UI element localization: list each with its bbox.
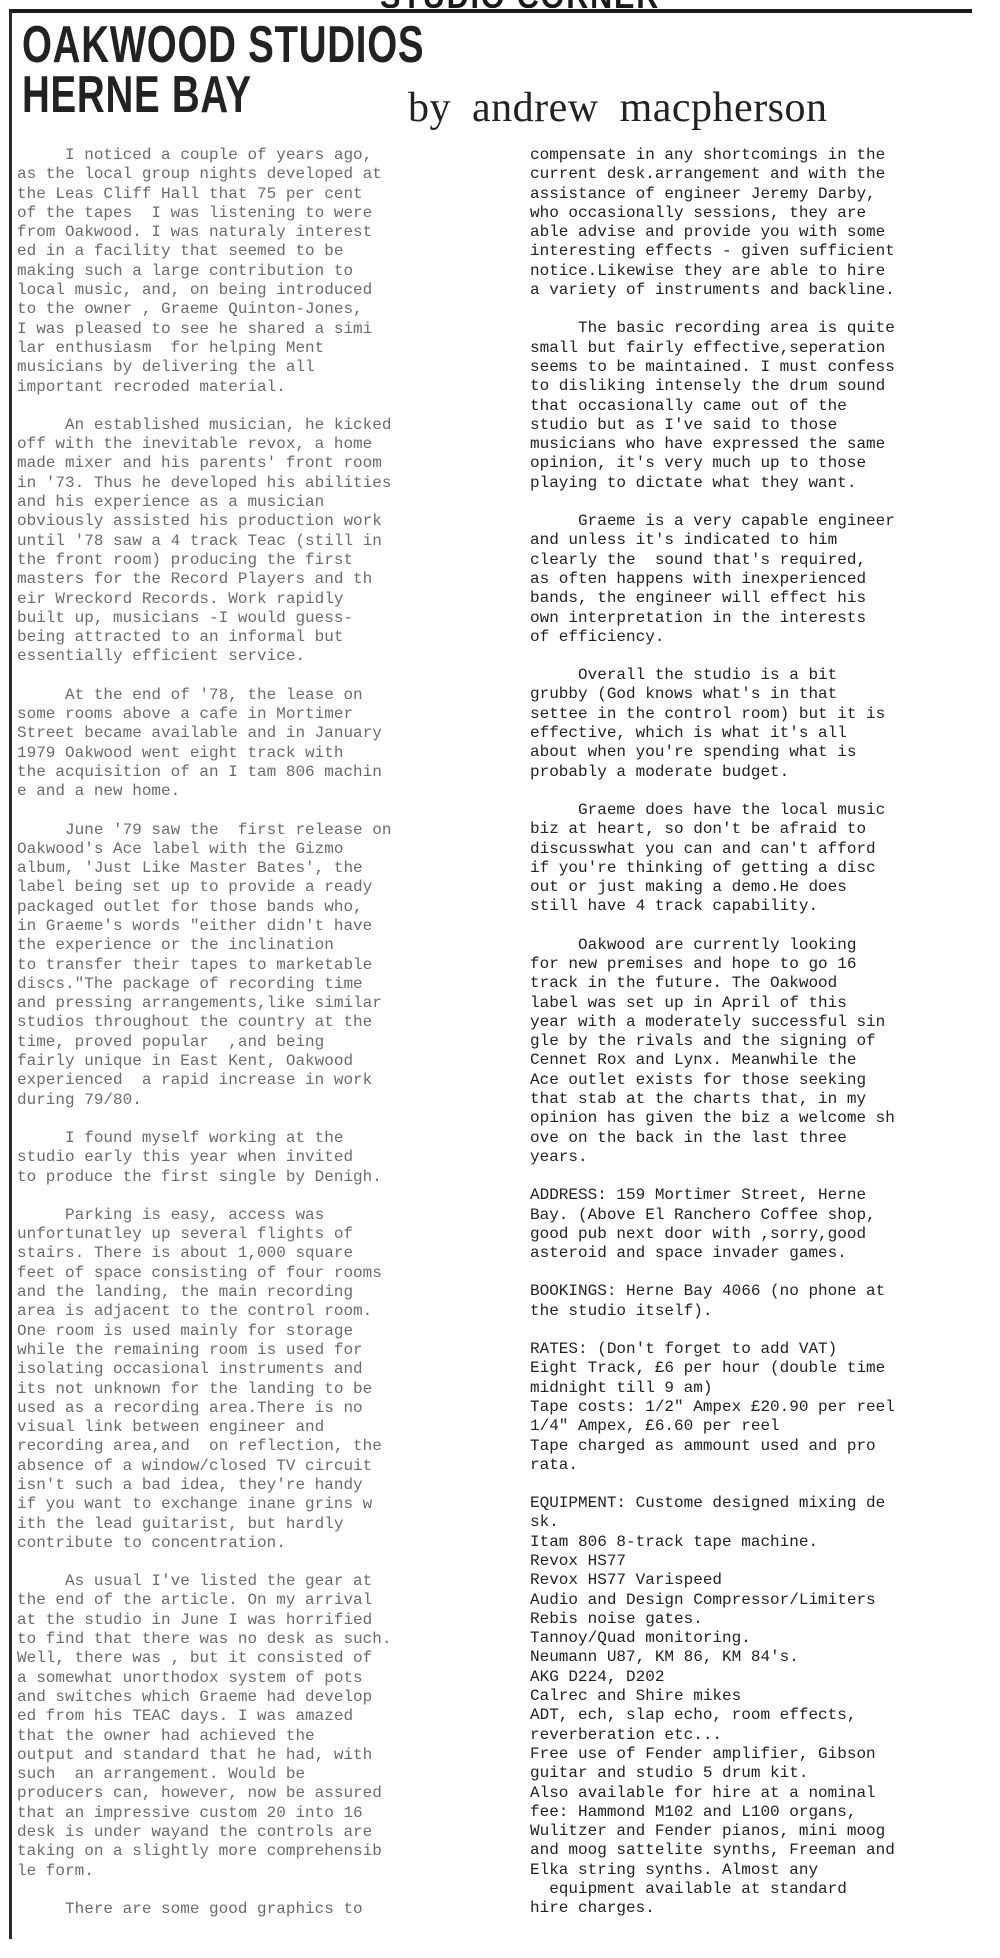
text-line: who occasionally sessions, they are xyxy=(530,204,990,223)
text-line: opinion, it's very much up to those xyxy=(530,454,990,473)
left-paragraph: There are some good graphics to xyxy=(17,1900,487,1919)
text-line: Graeme does have the local music xyxy=(530,801,990,820)
text-line: to disliking intensely the drum sound xyxy=(530,377,990,396)
text-line: important recroded material. xyxy=(17,378,487,397)
text-line: effective, which is what it's all xyxy=(530,724,990,743)
text-line: discusswhat you can and can't afford xyxy=(530,840,990,859)
text-line: Tape costs: 1/2" Ampex £20.90 per reel xyxy=(530,1398,990,1417)
text-line: rata. xyxy=(530,1456,990,1475)
text-line: being attracted to an informal but xyxy=(17,628,487,647)
text-line: until '78 saw a 4 track Teac (still in xyxy=(17,532,487,551)
right-paragraph: EQUIPMENT: Custome designed mixing desk.… xyxy=(530,1494,990,1919)
article-headline: OAKWOOD STUDIOS HERNE BAY xyxy=(22,20,424,120)
text-line: local music, and, on being introduced xyxy=(17,281,487,300)
text-line: opinion has given the biz a welcome sh xyxy=(530,1109,990,1128)
text-line: asteroid and space invader games. xyxy=(530,1244,990,1263)
text-line: absence of a window/closed TV circuit xyxy=(17,1457,487,1476)
byline: by andrew macpherson xyxy=(408,84,828,132)
text-line: contribute to concentration. xyxy=(17,1534,487,1553)
text-line: Rebis noise gates. xyxy=(530,1610,990,1629)
text-line: a variety of instruments and backline. xyxy=(530,281,990,300)
text-line: during 79/80. xyxy=(17,1091,487,1110)
text-line: to find that there was no desk as such. xyxy=(17,1630,487,1649)
text-line: label was set up in April of this xyxy=(530,994,990,1013)
text-line: Also available for hire at a nominal xyxy=(530,1784,990,1803)
text-line: the end of the article. On my arrival xyxy=(17,1591,487,1610)
left-paragraph: Parking is easy, access wasunfortunatley… xyxy=(17,1206,487,1553)
text-line: interesting effects - given sufficient xyxy=(530,242,990,261)
right-column: compensate in any shortcomings in thecur… xyxy=(530,146,990,1938)
text-line: off with the inevitable revox, a home xyxy=(17,435,487,454)
text-line: One room is used mainly for storage xyxy=(17,1322,487,1341)
text-line: Ace outlet exists for those seeking xyxy=(530,1071,990,1090)
text-line: assistance of engineer Jeremy Darby, xyxy=(530,185,990,204)
left-paragraph: I found myself working at thestudio earl… xyxy=(17,1129,487,1187)
text-line: ADDRESS: 159 Mortimer Street, Herne xyxy=(530,1186,990,1205)
text-line: of efficiency. xyxy=(530,628,990,647)
text-line: reverberation etc... xyxy=(530,1726,990,1745)
text-line: ith the lead guitarist, but hardly xyxy=(17,1515,487,1534)
text-line: feet of space consisting of four rooms xyxy=(17,1264,487,1283)
text-line: lar enthusiasm for helping Ment xyxy=(17,339,487,358)
text-line: Well, there was , but it consisted of xyxy=(17,1649,487,1668)
magazine-page: STUDIO CORNER OAKWOOD STUDIOS HERNE BAY … xyxy=(0,0,1000,1958)
text-line: label being set up to provide a ready xyxy=(17,878,487,897)
text-line: track in the future. The Oakwood xyxy=(530,974,990,993)
text-line: area is adjacent to the control room. xyxy=(17,1302,487,1321)
text-line: if you're thinking of getting a disc xyxy=(530,859,990,878)
text-line: musicians by delivering the all xyxy=(17,358,487,377)
text-line: a somewhat unorthodox system of pots xyxy=(17,1669,487,1688)
text-line: and moog sattelite synths, Freeman and xyxy=(530,1841,990,1860)
text-line: isolating occasional instruments and xyxy=(17,1360,487,1379)
text-line: As usual I've listed the gear at xyxy=(17,1572,487,1591)
headline-line-1: OAKWOOD STUDIOS xyxy=(22,20,424,70)
left-rule xyxy=(9,9,12,1939)
text-line: and pressing arrangements,like similar xyxy=(17,994,487,1013)
text-line: output and standard that he had, with xyxy=(17,1746,487,1765)
text-line: to produce the first single by Denigh. xyxy=(17,1168,487,1187)
text-line: studio early this year when invited xyxy=(17,1148,487,1167)
text-line: Itam 806 8-track tape machine. xyxy=(530,1533,990,1552)
left-paragraph: I noticed a couple of years ago,as the l… xyxy=(17,146,487,397)
text-line: from Oakwood. I was naturaly interest xyxy=(17,223,487,242)
text-line: midnight till 9 am) xyxy=(530,1379,990,1398)
right-paragraph: Oakwood are currently lookingfor new pre… xyxy=(530,936,990,1168)
text-line: and the landing, the main recording xyxy=(17,1283,487,1302)
right-paragraph: The basic recording area is quitesmall b… xyxy=(530,319,990,493)
left-paragraph: As usual I've listed the gear atthe end … xyxy=(17,1572,487,1881)
left-paragraph: At the end of '78, the lease onsome room… xyxy=(17,686,487,802)
text-line: I was pleased to see he shared a simi xyxy=(17,320,487,339)
right-paragraph: Overall the studio is a bitgrubby (God k… xyxy=(530,666,990,782)
section-header: STUDIO CORNER xyxy=(380,0,740,8)
text-line: Bay. (Above El Ranchero Coffee shop, xyxy=(530,1206,990,1225)
text-line: Elka string synths. Almost any xyxy=(530,1861,990,1880)
text-line: ove on the back in the last three xyxy=(530,1129,990,1148)
text-line: essentially efficient service. xyxy=(17,647,487,666)
text-line: in '73. Thus he developed his abilities xyxy=(17,474,487,493)
text-line: built up, musicians -I would guess- xyxy=(17,609,487,628)
text-line: in Graeme's words "either didn't have xyxy=(17,917,487,936)
right-paragraph: Graeme is a very capable engineerand unl… xyxy=(530,512,990,647)
text-line: clearly the sound that's required, xyxy=(530,551,990,570)
text-line: recording area,and on reflection, the xyxy=(17,1437,487,1456)
text-line: of the tapes I was listening to were xyxy=(17,204,487,223)
text-line: probably a moderate budget. xyxy=(530,763,990,782)
headline-line-2: HERNE BAY xyxy=(22,70,424,120)
text-line: as the local group nights developed at xyxy=(17,165,487,184)
text-line: An established musician, he kicked xyxy=(17,416,487,435)
text-line: unfortunatley up several flights of xyxy=(17,1225,487,1244)
text-line: the studio itself). xyxy=(530,1302,990,1321)
text-line: that an impressive custom 20 into 16 xyxy=(17,1804,487,1823)
text-line: bands, the engineer will effect his xyxy=(530,589,990,608)
text-line: I found myself working at the xyxy=(17,1129,487,1148)
text-line: the acquisition of an I tam 806 machin xyxy=(17,763,487,782)
text-line: AKG D224, D202 xyxy=(530,1668,990,1687)
text-line: Calrec and Shire mikes xyxy=(530,1687,990,1706)
text-line: producers can, however, now be assured xyxy=(17,1784,487,1803)
text-line: Parking is easy, access was xyxy=(17,1206,487,1225)
right-paragraph: ADDRESS: 159 Mortimer Street, HerneBay. … xyxy=(530,1186,990,1263)
text-line: Overall the studio is a bit xyxy=(530,666,990,685)
text-line: settee in the control room) but it is xyxy=(530,705,990,724)
text-line: if you want to exchange inane grins w xyxy=(17,1495,487,1514)
text-line: made mixer and his parents' front room xyxy=(17,454,487,473)
text-line: years. xyxy=(530,1148,990,1167)
left-column: I noticed a couple of years ago,as the l… xyxy=(17,146,487,1938)
text-line: at the studio in June I was horrified xyxy=(17,1611,487,1630)
text-line: grubby (God knows what's in that xyxy=(530,685,990,704)
text-line: compensate in any shortcomings in the xyxy=(530,146,990,165)
right-paragraph: Graeme does have the local musicbiz at h… xyxy=(530,801,990,917)
right-paragraph: RATES: (Don't forget to add VAT)Eight Tr… xyxy=(530,1340,990,1475)
text-line: Free use of Fender amplifier, Gibson xyxy=(530,1745,990,1764)
text-line: and unless it's indicated to him xyxy=(530,531,990,550)
text-line: Cennet Rox and Lynx. Meanwhile the xyxy=(530,1051,990,1070)
text-line: for new premises and hope to go 16 xyxy=(530,955,990,974)
text-line: studio but as I've said to those xyxy=(530,416,990,435)
text-line: the Leas Cliff Hall that 75 per cent xyxy=(17,185,487,204)
text-line: Street became available and in January xyxy=(17,724,487,743)
text-line: guitar and studio 5 drum kit. xyxy=(530,1764,990,1783)
text-line: that occasionally came out of the xyxy=(530,397,990,416)
text-line: Oakwood are currently looking xyxy=(530,936,990,955)
text-line: gle by the rivals and the signing of xyxy=(530,1032,990,1051)
text-line: le form. xyxy=(17,1862,487,1881)
text-line: own interpretation in the interests xyxy=(530,609,990,628)
text-line: EQUIPMENT: Custome designed mixing de xyxy=(530,1494,990,1513)
top-rule xyxy=(12,9,972,13)
text-line: June '79 saw the first release on xyxy=(17,821,487,840)
text-line: Graeme is a very capable engineer xyxy=(530,512,990,531)
left-paragraph: An established musician, he kickedoff wi… xyxy=(17,416,487,667)
text-line: to transfer their tapes to marketable xyxy=(17,956,487,975)
text-line: current desk.arrangement and with the xyxy=(530,165,990,184)
text-line: sk. xyxy=(530,1513,990,1532)
text-line: small but fairly effective,seperation xyxy=(530,339,990,358)
text-line: taking on a slightly more comprehensib xyxy=(17,1842,487,1861)
text-line: playing to dictate what they want. xyxy=(530,474,990,493)
text-line: At the end of '78, the lease on xyxy=(17,686,487,705)
text-line: eir Wreckord Records. Work rapidly xyxy=(17,590,487,609)
text-line: desk is under wayand the controls are xyxy=(17,1823,487,1842)
text-line: that the owner had achieved the xyxy=(17,1727,487,1746)
text-line: that stab at the charts that, in my xyxy=(530,1090,990,1109)
text-line: time, proved popular ,and being xyxy=(17,1033,487,1052)
text-line: Tannoy/Quad monitoring. xyxy=(530,1629,990,1648)
text-line: equipment available at standard xyxy=(530,1880,990,1899)
text-line: some rooms above a cafe in Mortimer xyxy=(17,705,487,724)
text-line: such an arrangement. Would be xyxy=(17,1765,487,1784)
right-paragraph: BOOKINGS: Herne Bay 4066 (no phone atthe… xyxy=(530,1282,990,1321)
left-paragraph: June '79 saw the first release onOakwood… xyxy=(17,821,487,1110)
text-line: isn't such a bad idea, they're handy xyxy=(17,1476,487,1495)
text-line: good pub next door with ,sorry,good xyxy=(530,1225,990,1244)
text-line: Revox HS77 Varispeed xyxy=(530,1571,990,1590)
text-line: ADT, ech, slap echo, room effects, xyxy=(530,1706,990,1725)
text-line: fee: Hammond M102 and L100 organs, xyxy=(530,1803,990,1822)
text-line: hire charges. xyxy=(530,1899,990,1918)
text-line: to the owner , Graeme Quinton-Jones, xyxy=(17,300,487,319)
text-line: notice.Likewise they are able to hire xyxy=(530,262,990,281)
text-line: studios throughout the country at the xyxy=(17,1013,487,1032)
text-line: e and a new home. xyxy=(17,782,487,801)
text-line: still have 4 track capability. xyxy=(530,897,990,916)
text-line: musicians who have expressed the same xyxy=(530,435,990,454)
text-line: visual link between engineer and xyxy=(17,1418,487,1437)
text-line: ed in a facility that seemed to be xyxy=(17,242,487,261)
text-line: 1/4" Ampex, £6.60 per reel xyxy=(530,1417,990,1436)
text-line: while the remaining room is used for xyxy=(17,1341,487,1360)
text-line: discs."The package of recording time xyxy=(17,975,487,994)
text-line: The basic recording area is quite xyxy=(530,319,990,338)
text-line: Wulitzer and Fender pianos, mini moog xyxy=(530,1822,990,1841)
text-line: ed from his TEAC days. I was amazed xyxy=(17,1707,487,1726)
text-line: able advise and provide you with some xyxy=(530,223,990,242)
text-line: Eight Track, £6 per hour (double time xyxy=(530,1359,990,1378)
text-line: Neumann U87, KM 86, KM 84's. xyxy=(530,1648,990,1667)
text-line: Oakwood's Ace label with the Gizmo xyxy=(17,840,487,859)
text-line: fairly unique in East Kent, Oakwood xyxy=(17,1052,487,1071)
text-line: 1979 Oakwood went eight track with xyxy=(17,744,487,763)
text-line: masters for the Record Players and th xyxy=(17,570,487,589)
text-line: used as a recording area.There is no xyxy=(17,1399,487,1418)
text-line: obviously assisted his production work xyxy=(17,512,487,531)
text-line: year with a moderately successful sin xyxy=(530,1013,990,1032)
text-line: seems to be maintained. I must confess xyxy=(530,358,990,377)
text-line: stairs. There is about 1,000 square xyxy=(17,1244,487,1263)
text-line: and his experience as a musician xyxy=(17,493,487,512)
text-line: out or just making a demo.He does xyxy=(530,878,990,897)
text-line: Tape charged as ammount used and pro xyxy=(530,1437,990,1456)
text-line: packaged outlet for those bands who, xyxy=(17,898,487,917)
text-line: There are some good graphics to xyxy=(17,1900,487,1919)
text-line: Audio and Design Compressor/Limiters xyxy=(530,1591,990,1610)
text-line: biz at heart, so don't be afraid to xyxy=(530,820,990,839)
text-line: I noticed a couple of years ago, xyxy=(17,146,487,165)
text-line: the front room) producing the first xyxy=(17,551,487,570)
text-line: and switches which Graeme had develop xyxy=(17,1688,487,1707)
text-line: Revox HS77 xyxy=(530,1552,990,1571)
text-line: BOOKINGS: Herne Bay 4066 (no phone at xyxy=(530,1282,990,1301)
text-line: as often happens with inexperienced xyxy=(530,570,990,589)
text-line: about when you're spending what is xyxy=(530,743,990,762)
text-line: the experience or the inclination xyxy=(17,936,487,955)
text-line: album, 'Just Like Master Bates', the xyxy=(17,859,487,878)
text-line: its not unknown for the landing to be xyxy=(17,1380,487,1399)
right-paragraph: compensate in any shortcomings in thecur… xyxy=(530,146,990,300)
text-line: experienced a rapid increase in work xyxy=(17,1071,487,1090)
text-line: making such a large contribution to xyxy=(17,262,487,281)
text-line: RATES: (Don't forget to add VAT) xyxy=(530,1340,990,1359)
